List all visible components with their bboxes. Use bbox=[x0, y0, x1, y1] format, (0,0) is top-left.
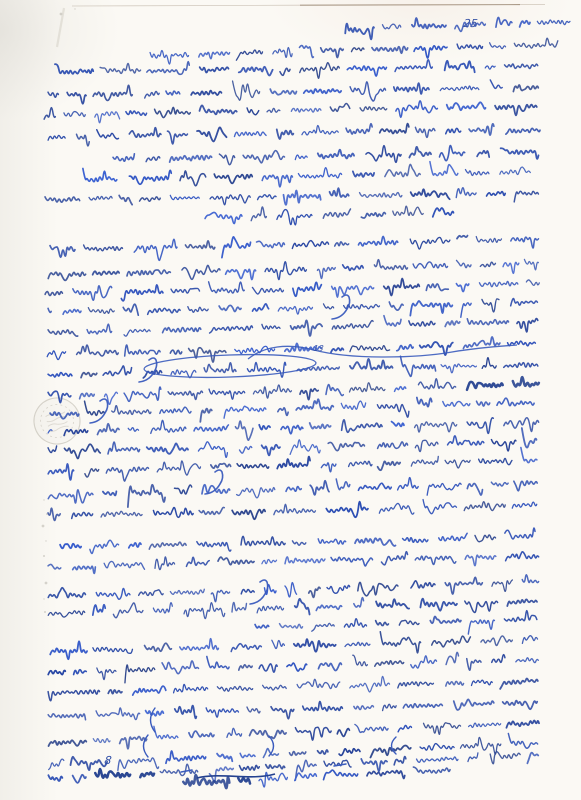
dash-mark bbox=[334, 764, 346, 766]
scan-speckle bbox=[43, 499, 44, 500]
handwriting-line bbox=[205, 204, 454, 227]
handwriting-line bbox=[83, 160, 531, 190]
scan-speckle bbox=[44, 611, 46, 613]
handwriting-line bbox=[48, 474, 538, 509]
handwriting-line bbox=[50, 628, 538, 662]
handwriting-line bbox=[48, 747, 539, 792]
scan-speckle bbox=[60, 13, 63, 16]
stamp-mark bbox=[29, 393, 85, 449]
handwriting-line bbox=[345, 13, 571, 41]
handwritten-numeral: 25 bbox=[463, 17, 479, 30]
scanned-letter-page: Scanned handwritten letter, single page,… bbox=[0, 0, 581, 800]
underline-strike bbox=[197, 774, 275, 778]
scan-speckle bbox=[45, 582, 48, 585]
handwriting-line bbox=[50, 391, 535, 426]
page-edge-shadow bbox=[72, 5, 300, 6]
handwriting-line bbox=[48, 648, 539, 685]
handwriting-line bbox=[45, 275, 540, 303]
handwriting-line bbox=[48, 413, 539, 444]
handwriting-line bbox=[48, 296, 538, 325]
handwriting-line bbox=[48, 256, 539, 285]
handwriting-line bbox=[48, 673, 538, 701]
handwriting-line bbox=[48, 548, 539, 576]
scan-speckle bbox=[42, 525, 45, 528]
handwriting-line bbox=[255, 610, 537, 640]
handwriting-line bbox=[48, 312, 538, 343]
handwriting-line bbox=[48, 353, 538, 384]
scan-speckle bbox=[43, 598, 44, 599]
handwriting-line bbox=[48, 447, 537, 483]
handwriting-line bbox=[48, 497, 537, 524]
handwriting-scan-svg: 25138 bbox=[0, 0, 581, 800]
scan-speckle bbox=[45, 540, 46, 541]
descender-flourish bbox=[139, 358, 157, 382]
handwriting-line bbox=[48, 121, 540, 146]
handwriting-line bbox=[55, 58, 538, 82]
scan-speckle bbox=[43, 555, 45, 557]
handwriting-line bbox=[150, 38, 558, 66]
handwriting-line bbox=[48, 376, 539, 405]
handwritten-numeral: 13 bbox=[313, 344, 324, 353]
handwriting-line bbox=[45, 185, 539, 208]
handwriting-line bbox=[50, 231, 539, 263]
handwriting-line bbox=[44, 99, 537, 124]
handwriting-line bbox=[48, 695, 537, 725]
scan-speckle bbox=[74, 8, 75, 9]
handwriting-line bbox=[60, 528, 535, 555]
handwriting-line bbox=[113, 143, 539, 168]
page-edge-shadow bbox=[300, 5, 520, 6]
handwritten-numeral: 8 bbox=[104, 754, 113, 767]
handwriting-line bbox=[48, 76, 539, 107]
